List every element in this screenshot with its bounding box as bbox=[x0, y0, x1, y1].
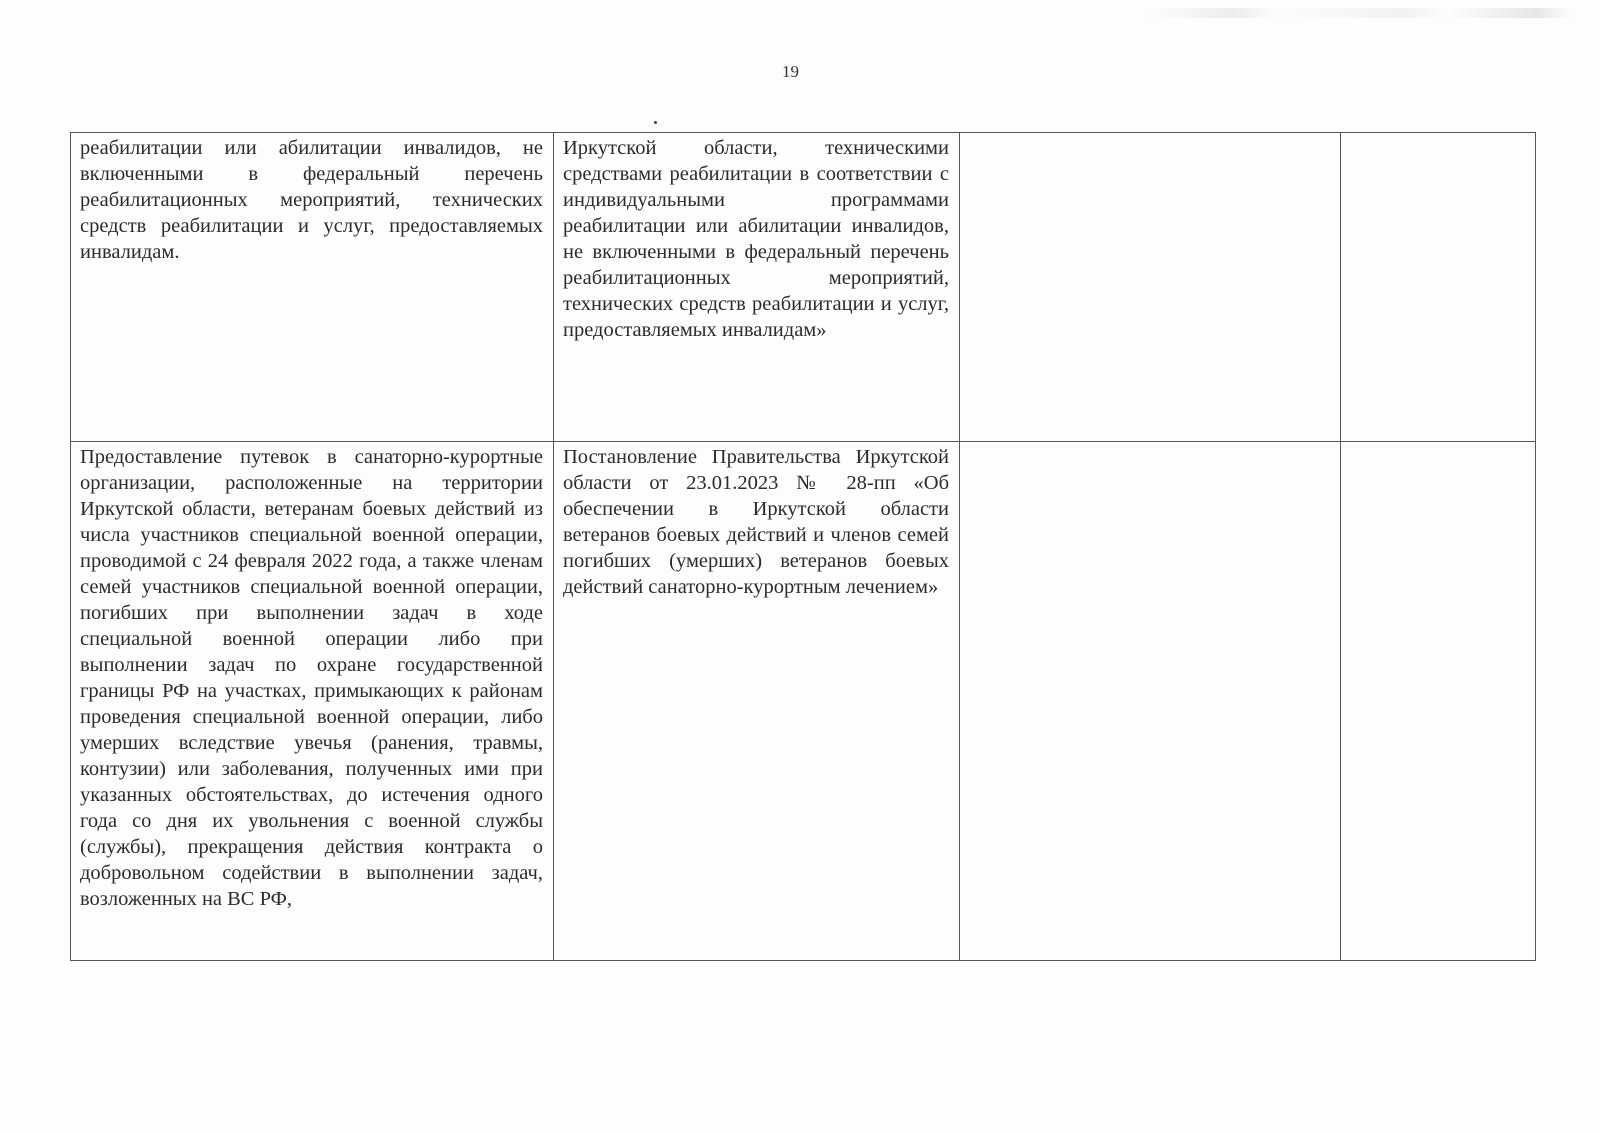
legal-basis-text: Постановление Правительства Иркутской об… bbox=[563, 444, 949, 600]
scan-artifact bbox=[1150, 8, 1570, 18]
legal-basis-text: Иркутской области, техническими средства… bbox=[563, 135, 949, 343]
empty-cell-col4 bbox=[1341, 133, 1536, 442]
empty-cell-col3 bbox=[960, 133, 1341, 442]
empty-cell-col4 bbox=[1341, 442, 1536, 961]
empty-cell-col3 bbox=[960, 442, 1341, 961]
table-row: Предоставление путевок в санаторно-курор… bbox=[71, 442, 1536, 961]
page-number: 19 bbox=[782, 62, 799, 82]
service-cell: реабилитации или абилитации инвалидов, н… bbox=[71, 133, 554, 442]
service-text: реабилитации или абилитации инвалидов, н… bbox=[80, 135, 543, 265]
service-cell: Предоставление путевок в санаторно-курор… bbox=[71, 442, 554, 961]
service-text: Предоставление путевок в санаторно-курор… bbox=[80, 444, 543, 912]
table-row: реабилитации или абилитации инвалидов, н… bbox=[71, 133, 1536, 442]
document-table: реабилитации или абилитации инвалидов, н… bbox=[70, 132, 1536, 961]
legal-basis-cell: Постановление Правительства Иркутской об… bbox=[554, 442, 960, 961]
legal-basis-cell: Иркутской области, техническими средства… bbox=[554, 133, 960, 442]
scan-dot bbox=[654, 121, 657, 124]
